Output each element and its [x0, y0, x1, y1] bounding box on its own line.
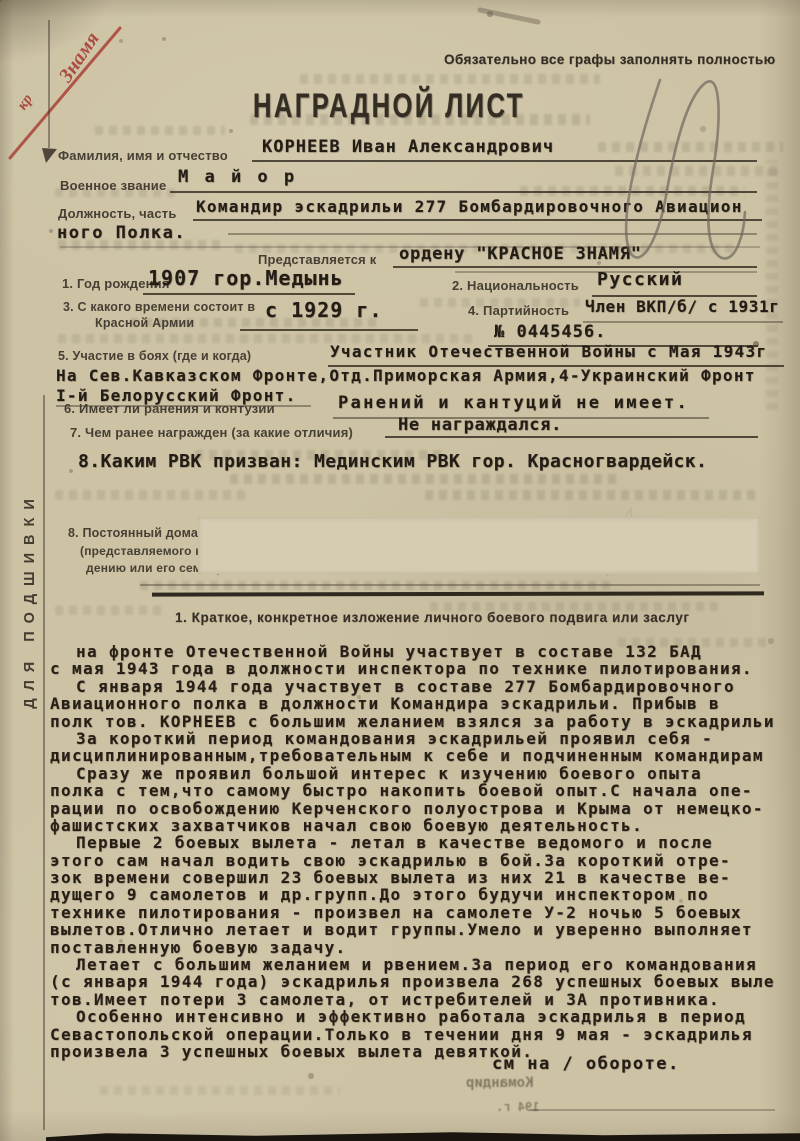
paper-specks — [0, 0, 2, 2]
body-line: вылетов.Отлично летает и водит группы.Ум… — [50, 921, 798, 938]
field-value-position: Командир эскадрильи 277 Бомбардировочног… — [196, 197, 743, 216]
body-line: Севастопольской операции.Только в течени… — [50, 1026, 798, 1043]
body-line: дущего 9 самолетов и др.групп.До этого б… — [50, 886, 798, 903]
field-label-surname: Фамилия, имя и отчество — [58, 148, 228, 163]
field-value-previous-awards: Не награждался. — [398, 415, 562, 435]
bleedthrough-commander: Командир — [466, 1075, 533, 1091]
feat-description: на фронте Отечественной Войны участвует … — [50, 643, 798, 1060]
field-value-award: ордену "КРАСНОЕ ЗНАМЯ" — [399, 244, 642, 264]
field-value-battles-2: На Сев.Кавказском Фронте,Отд.Приморская … — [56, 366, 756, 385]
award-sheet-scan: ☆ ☆ ПАМЯТЬ НАРОДА Обязательно все графы … — [0, 0, 800, 1141]
section-divider — [152, 591, 764, 596]
body-line: полк тов. КОРНЕЕВ с большим желанием взя… — [50, 713, 798, 730]
field-value-service: с 1929 г. — [265, 298, 382, 322]
field-label-nationality: 2. Национальность — [452, 278, 579, 293]
body-line: С января 1944 года участвует в составе 2… — [50, 678, 798, 695]
red-annotation-word: Знамя — [55, 28, 105, 87]
field-label-service-2: Красной Армии — [95, 316, 194, 330]
field-value-nationality: Русский — [597, 269, 683, 290]
body-line: зок времени совершил 23 боевых вылета из… — [50, 869, 798, 886]
section-heading: 1. Краткое, конкретное изложение личного… — [175, 610, 690, 625]
underline — [240, 329, 418, 331]
field-label-wounds: 6. Имеет ли ранения и контузии — [64, 401, 275, 416]
red-annotation-word: кр — [14, 91, 37, 113]
bleedthrough-smudge — [615, 166, 780, 176]
bleedthrough-year: 194 г. — [496, 1100, 539, 1114]
body-line: Сразу же проявил большой интерес к изуче… — [50, 765, 798, 782]
body-line: тов.Имеет потери 3 самолета, от истребит… — [50, 991, 798, 1008]
body-line: полка с тем,что самому быстро накопить б… — [50, 782, 798, 799]
redaction-box — [198, 517, 760, 574]
body-line: с мая 1943 года в должности инспектора п… — [50, 660, 798, 677]
underline — [252, 160, 757, 162]
body-line: технике пилотирования - произвел на само… — [50, 904, 798, 921]
field-value-surname: КОРНЕЕВ Иван Александрович — [262, 137, 554, 157]
binding-margin-line — [43, 395, 45, 1130]
field-value-rvk: 8.Каким РВК призван: Мединским РВК гор. … — [78, 451, 707, 472]
field-label-previous-awards: 7. Чем ранее награжден (за какие отличия… — [70, 425, 353, 440]
document-title: НАГРАДНОЙ ЛИСТ — [253, 86, 525, 126]
body-line: За короткий период командования эскадрил… — [50, 730, 798, 747]
field-value-birth-year: 1907 гор.Медынь — [148, 266, 344, 290]
see-reverse-note: см на / обороте. — [492, 1054, 680, 1074]
bleedthrough-smudge — [300, 74, 600, 84]
body-line: рации по освобождению Керченского полуос… — [50, 800, 798, 817]
underline — [393, 266, 757, 268]
field-value-rank: М а й о р — [178, 167, 297, 187]
body-line: этого сам начал водить свою эскадрилью в… — [50, 852, 798, 869]
field-label-service: 3. С какого времени состоит в — [63, 300, 255, 314]
bleedthrough-smudge — [230, 474, 620, 484]
form-instruction: Обязательно все графы заполнять полность… — [444, 52, 776, 67]
body-line: Летает с большим желанием и рвением.За п… — [50, 956, 798, 973]
field-label-battles: 5. Участие в боях (где и когда) — [58, 349, 251, 363]
field-label-rank: Военное звание — [60, 178, 166, 193]
underline — [193, 219, 762, 221]
body-line: Авиационного полка в должности Командира… — [50, 695, 798, 712]
underline — [583, 321, 783, 323]
scan-edge-band — [46, 1131, 800, 1141]
field-label-party: 4. Партийность — [468, 303, 569, 318]
underline — [228, 233, 757, 235]
bleedthrough-smudge — [425, 490, 760, 500]
underline — [143, 293, 355, 295]
field-label-award: Представляется к — [258, 252, 376, 267]
field-value-party-number: № 0445456. — [494, 322, 606, 342]
body-line: поставленную боевую задачу. — [50, 939, 798, 956]
binding-margin-label: ДЛЯ ПОДШИВКИ — [22, 448, 38, 752]
field-value-party: Член ВКП/б/ с 1931г — [585, 297, 779, 316]
body-line: фашистских захватчиков начал свою боевую… — [50, 817, 798, 834]
bleedthrough-smudge — [55, 490, 245, 500]
bleedthrough-smudge — [598, 142, 783, 152]
field-value-battles-1: Участник Отечественной Войны с Мая 1943г — [330, 342, 767, 361]
bleedthrough-smudge — [766, 160, 778, 410]
field-label-position: Должность, часть — [58, 206, 177, 221]
body-line: Особенно интенсивно и эффективно работал… — [50, 1008, 798, 1025]
field-value-wounds: Ранений и кантуций не имеет. — [338, 393, 689, 413]
body-line: Первые 2 боевых вылета - летал в качеств… — [50, 834, 798, 851]
bleedthrough-line — [530, 1109, 775, 1111]
body-line: (с января 1944 года) эскадрилья произвел… — [50, 973, 798, 990]
field-value-position-2: ного Полка. — [57, 223, 186, 243]
body-line: произвела 3 успешных боевых вылета девят… — [50, 1043, 798, 1060]
bleedthrough-smudge — [55, 606, 165, 615]
body-line: на фронте Отечественной Войны участвует … — [50, 643, 798, 660]
body-line: дисциплинированным,требовательным к себе… — [50, 747, 798, 764]
bleedthrough-smudge — [100, 1086, 340, 1095]
bleedthrough-smudge — [95, 126, 225, 135]
underline — [140, 584, 760, 586]
underline — [170, 191, 757, 193]
underline — [385, 436, 758, 438]
